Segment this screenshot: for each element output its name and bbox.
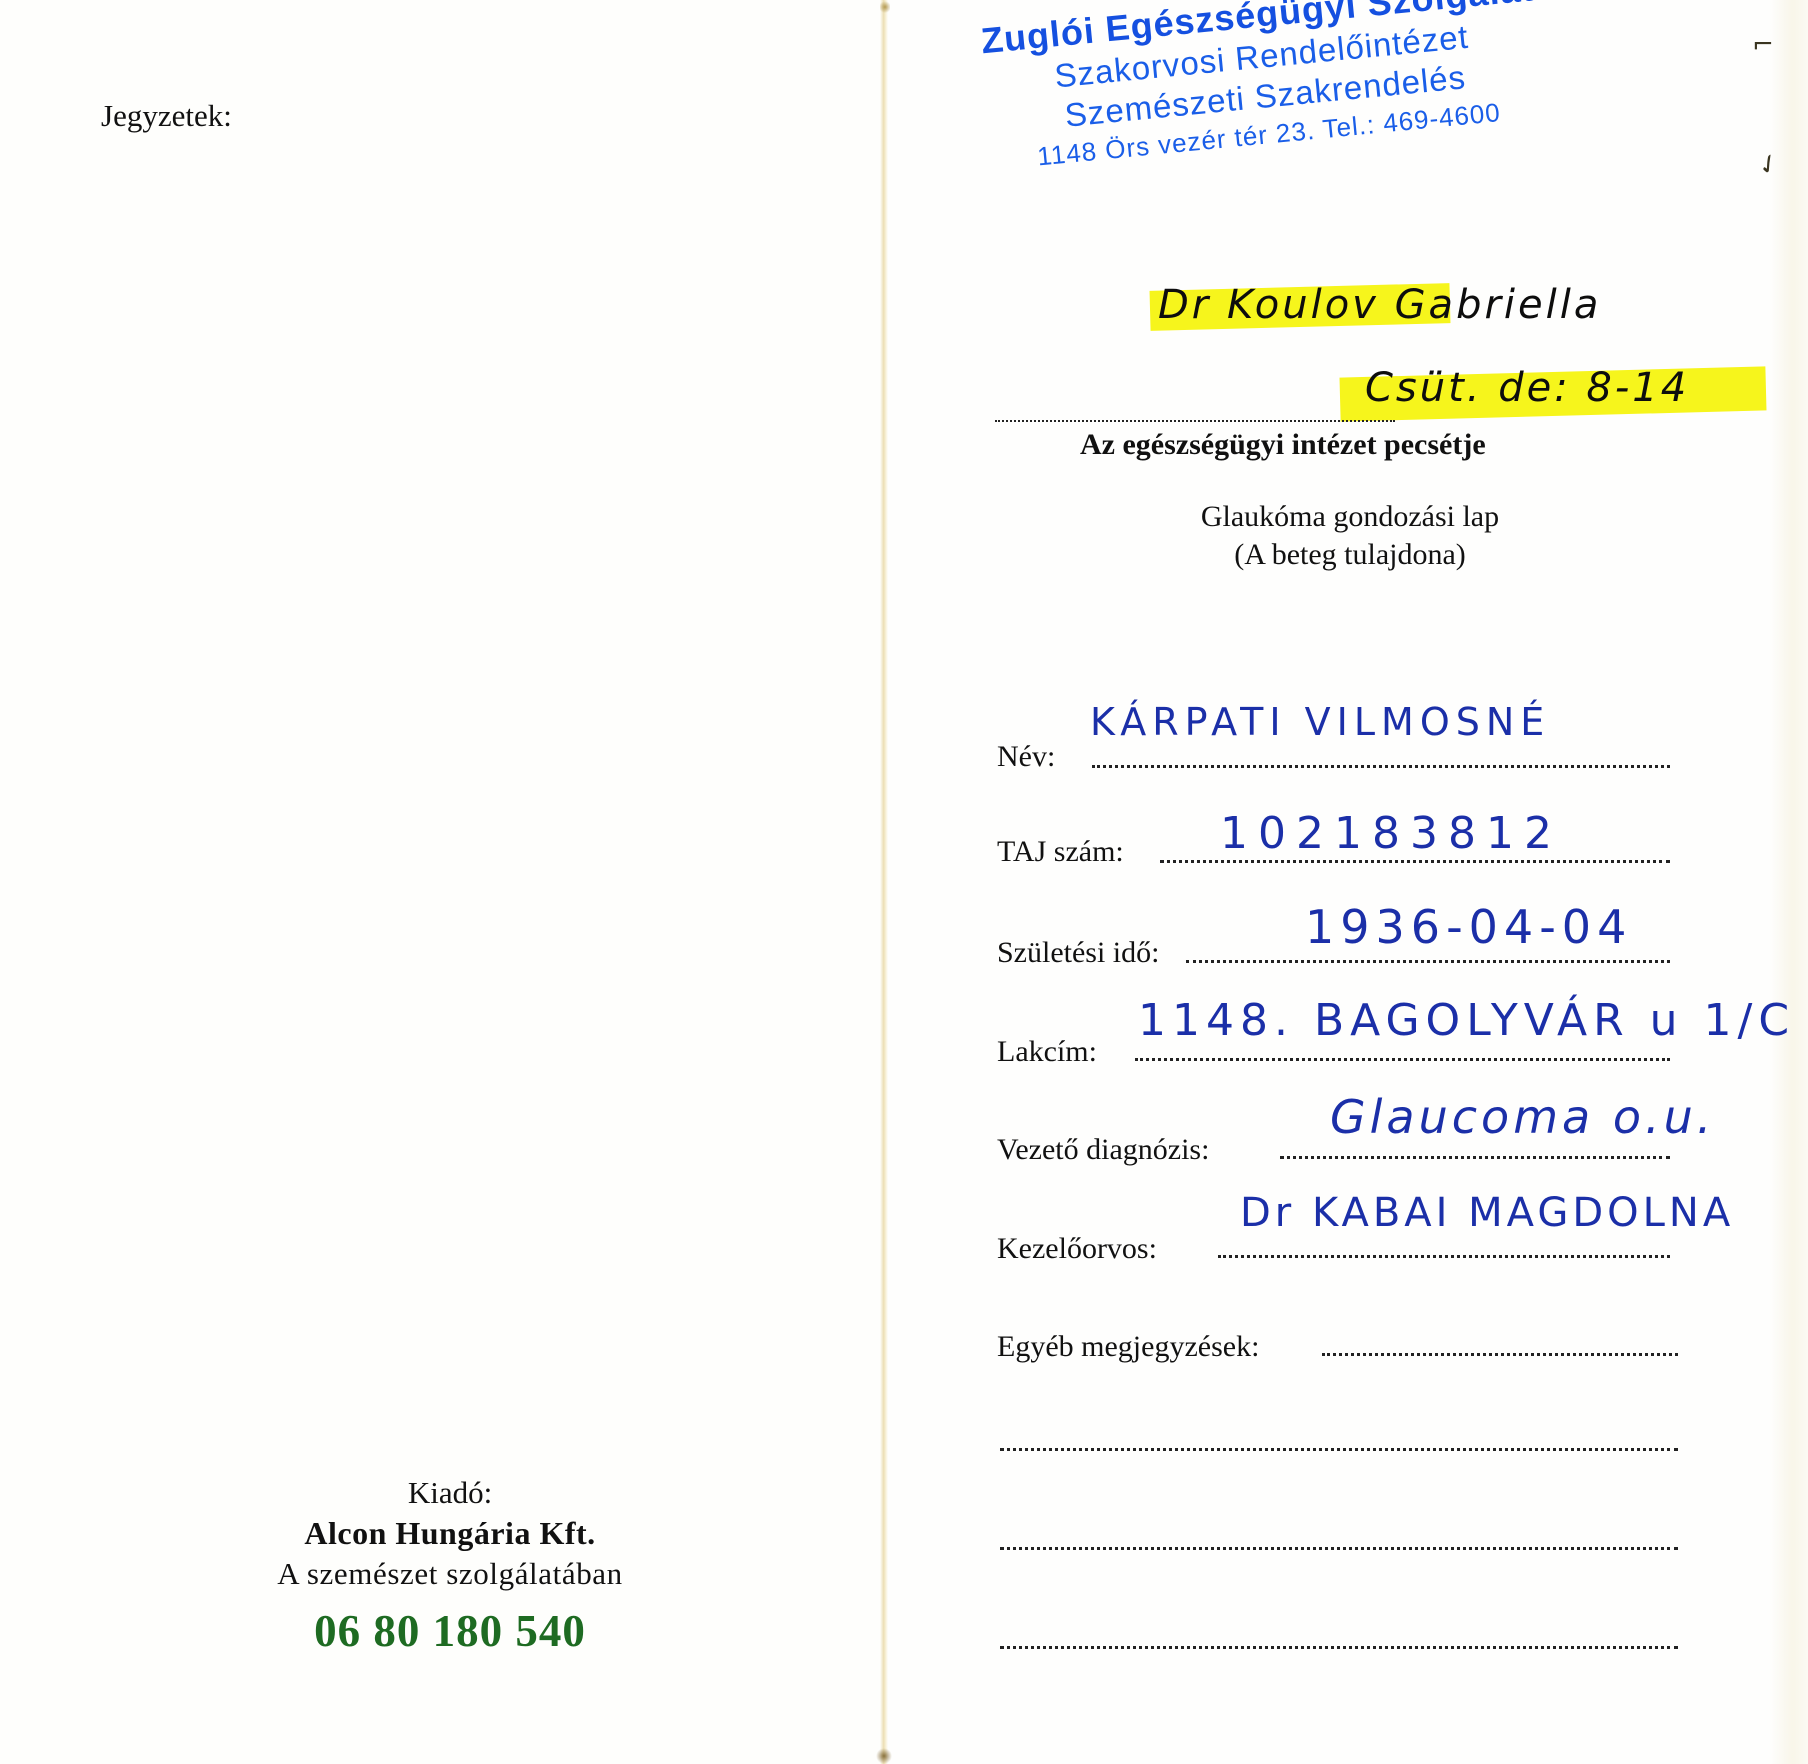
name-field[interactable]: KÁRPATI VILMOSNÉ bbox=[1090, 700, 1550, 744]
handwritten-hours-note: Csüt. de: 8-14 bbox=[1365, 365, 1689, 411]
name-label: Név: bbox=[997, 740, 1055, 774]
address-field[interactable]: 1148. BAGOLYVÁR u 1/C bbox=[1138, 995, 1795, 1046]
publisher-block: Kiadó: Alcon Hungária Kft. A szemészet s… bbox=[190, 1474, 710, 1666]
birth-date-label: Születési idő: bbox=[997, 936, 1159, 970]
fold-stain-top bbox=[880, 0, 890, 14]
birth-date-field[interactable]: 1936-04-04 bbox=[1305, 900, 1632, 954]
page-edge bbox=[1770, 0, 1808, 1764]
stamp-dotted-line bbox=[995, 420, 1395, 422]
diagnosis-field[interactable]: Glaucoma o.u. bbox=[1330, 1090, 1715, 1144]
address-line bbox=[1135, 1058, 1670, 1061]
left-page: Jegyzetek: Kiadó: Alcon Hungária Kft. A … bbox=[0, 0, 884, 1764]
form-title: Glaukóma gondozási lap bbox=[1040, 498, 1660, 536]
form-subtitle: (A beteg tulajdona) bbox=[1040, 536, 1660, 574]
other-notes-line-3[interactable] bbox=[1000, 1547, 1678, 1550]
taj-label: TAJ szám: bbox=[997, 835, 1124, 869]
publisher-company: Alcon Hungária Kft. bbox=[190, 1512, 710, 1554]
diagnosis-label: Vezető diagnózis: bbox=[997, 1133, 1209, 1167]
edge-mark-icon: ⌐ bbox=[1752, 30, 1774, 60]
taj-line bbox=[1160, 860, 1670, 863]
publisher-phone: 06 80 180 540 bbox=[190, 1596, 710, 1666]
address-label: Lakcím: bbox=[997, 1035, 1097, 1069]
publisher-label: Kiadó: bbox=[190, 1474, 710, 1512]
form-title-block: Glaukóma gondozási lap (A beteg tulajdon… bbox=[1040, 498, 1660, 574]
other-notes-label: Egyéb megjegyzések: bbox=[997, 1330, 1259, 1364]
physician-label: Kezelőorvos: bbox=[997, 1232, 1157, 1266]
publisher-tagline: A szemészet szolgálatában bbox=[190, 1554, 710, 1594]
page-fold bbox=[880, 0, 888, 1764]
other-notes-line-2[interactable] bbox=[1000, 1448, 1678, 1451]
taj-field[interactable]: 102183812 bbox=[1220, 808, 1562, 859]
handwritten-doctor-note: Dr Koulov Gabriella bbox=[1158, 282, 1601, 328]
diagnosis-line bbox=[1280, 1156, 1670, 1159]
other-notes-line-4[interactable] bbox=[1000, 1646, 1678, 1649]
fold-stain-bottom bbox=[876, 1748, 892, 1764]
other-notes-line-1[interactable] bbox=[1322, 1353, 1678, 1356]
name-line bbox=[1092, 765, 1670, 768]
physician-field[interactable]: Dr KABAI MAGDOLNA bbox=[1240, 1190, 1734, 1236]
notes-heading: Jegyzetek: bbox=[101, 98, 232, 134]
birth-date-line bbox=[1186, 960, 1670, 963]
institution-stamp-label: Az egészségügyi intézet pecsétje bbox=[1080, 428, 1486, 462]
physician-line bbox=[1218, 1255, 1670, 1258]
right-page bbox=[884, 0, 1808, 1764]
